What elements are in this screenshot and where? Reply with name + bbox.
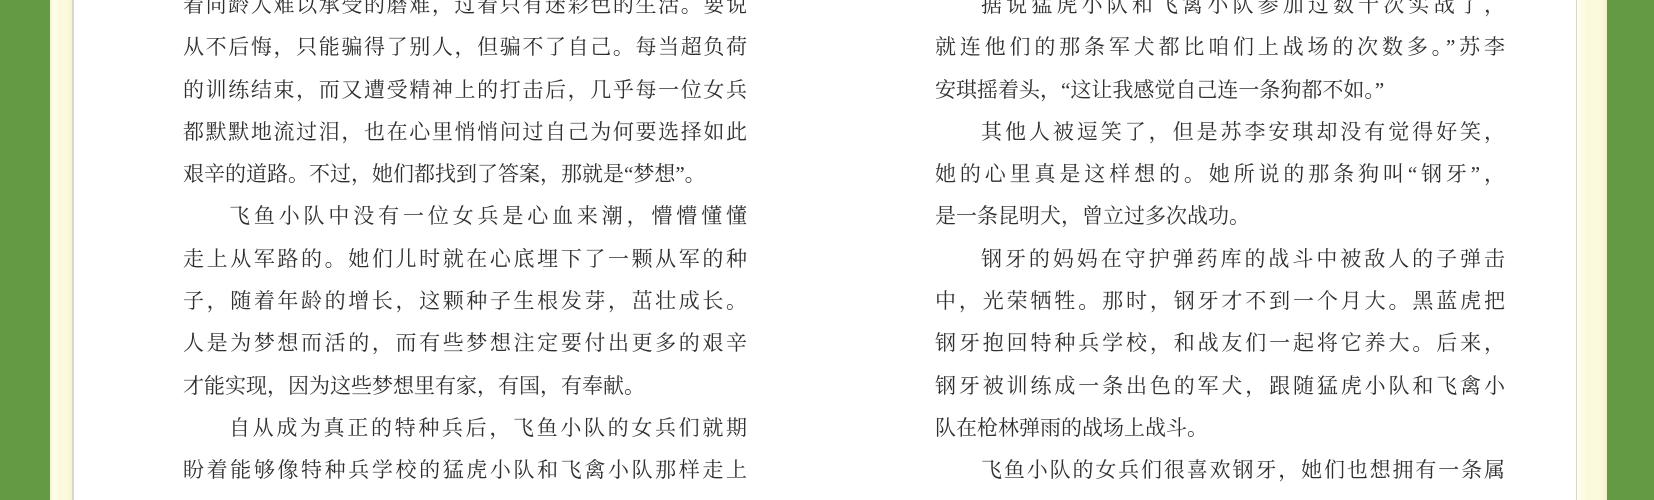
text-line: 的训练结束，而又遭受精神上的打击后，几乎每一位女兵	[183, 69, 747, 111]
book-spread-photo: 着同龄人难以承受的磨难，过着只有迷彩色的生活。要说 从不后悔，只能骗得了别人，但…	[0, 0, 1654, 500]
text-line: 飞鱼小队中没有一位女兵是心血来潮，懵懵懂懂	[183, 195, 747, 237]
text-line: 钢牙被训练成一条出色的军犬，跟随猛虎小队和飞禽小	[935, 365, 1505, 407]
left-page-text: 着同龄人难以承受的磨难，过着只有迷彩色的生活。要说 从不后悔，只能骗得了别人，但…	[183, 0, 747, 492]
text-line: 自从成为真正的特种兵后，飞鱼小队的女兵们就期	[183, 407, 747, 449]
text-line: 是一条昆明犬，曾立过多次战功。	[935, 195, 1505, 237]
page-stack-edge-right	[1576, 0, 1607, 500]
text-line: 中，光荣牺牲。那时，钢牙才不到一个月大。黑蓝虎把	[935, 280, 1505, 322]
text-line: 都默默地流过泪，也在心里悄悄问过自己为何要选择如此	[183, 111, 747, 153]
page-stack-edge-left	[50, 0, 74, 500]
text-line: 飞鱼小队的女兵们很喜欢钢牙，她们也想拥有一条属	[935, 449, 1505, 491]
text-line: 她的心里真是这样想的。她所说的那条狗叫“钢牙”，	[935, 153, 1505, 195]
text-line: 其他人被逗笑了，但是苏李安琪却没有觉得好笑，	[935, 111, 1505, 153]
text-line: 人是为梦想而活的，而有些梦想注定要付出更多的艰辛	[183, 322, 747, 364]
right-page-text: 据说猛虎小队和飞禽小队参加过数十次实战了， 就连他们的那条军犬都比咱们上战场的次…	[935, 0, 1505, 492]
text-line: 艰辛的道路。不过，她们都找到了答案，那就是“梦想”。	[183, 153, 747, 195]
text-line: 钢牙抱回特种兵学校，和战友们一起将它养大。后来，	[935, 322, 1505, 364]
text-line: 盼着能够像特种兵学校的猛虎小队和飞禽小队那样走上	[183, 449, 747, 491]
text-line: 队在枪林弹雨的战场上战斗。	[935, 407, 1505, 449]
text-line: 子，随着年龄的增长，这颗种子生根发芽，茁壮成长。	[183, 280, 747, 322]
text-line: 据说猛虎小队和飞禽小队参加过数十次实战了，	[935, 0, 1505, 26]
text-line: 安琪摇着头，“这让我感觉自己连一条狗都不如。”	[935, 69, 1505, 111]
text-line: 着同龄人难以承受的磨难，过着只有迷彩色的生活。要说	[183, 0, 747, 26]
text-line: 才能实现，因为这些梦想里有家，有国，有奉献。	[183, 365, 747, 407]
text-line: 就连他们的那条军犬都比咱们上战场的次数多。”苏李	[935, 26, 1505, 68]
text-line: 钢牙的妈妈在守护弹药库的战斗中被敌人的子弹击	[935, 238, 1505, 280]
book-cover-edge-left	[0, 0, 50, 500]
text-line: 走上从军路的。她们儿时就在心底埋下了一颗从军的种	[183, 238, 747, 280]
text-line: 从不后悔，只能骗得了别人，但骗不了自己。每当超负荷	[183, 26, 747, 68]
book-cover-edge-right	[1607, 0, 1654, 500]
